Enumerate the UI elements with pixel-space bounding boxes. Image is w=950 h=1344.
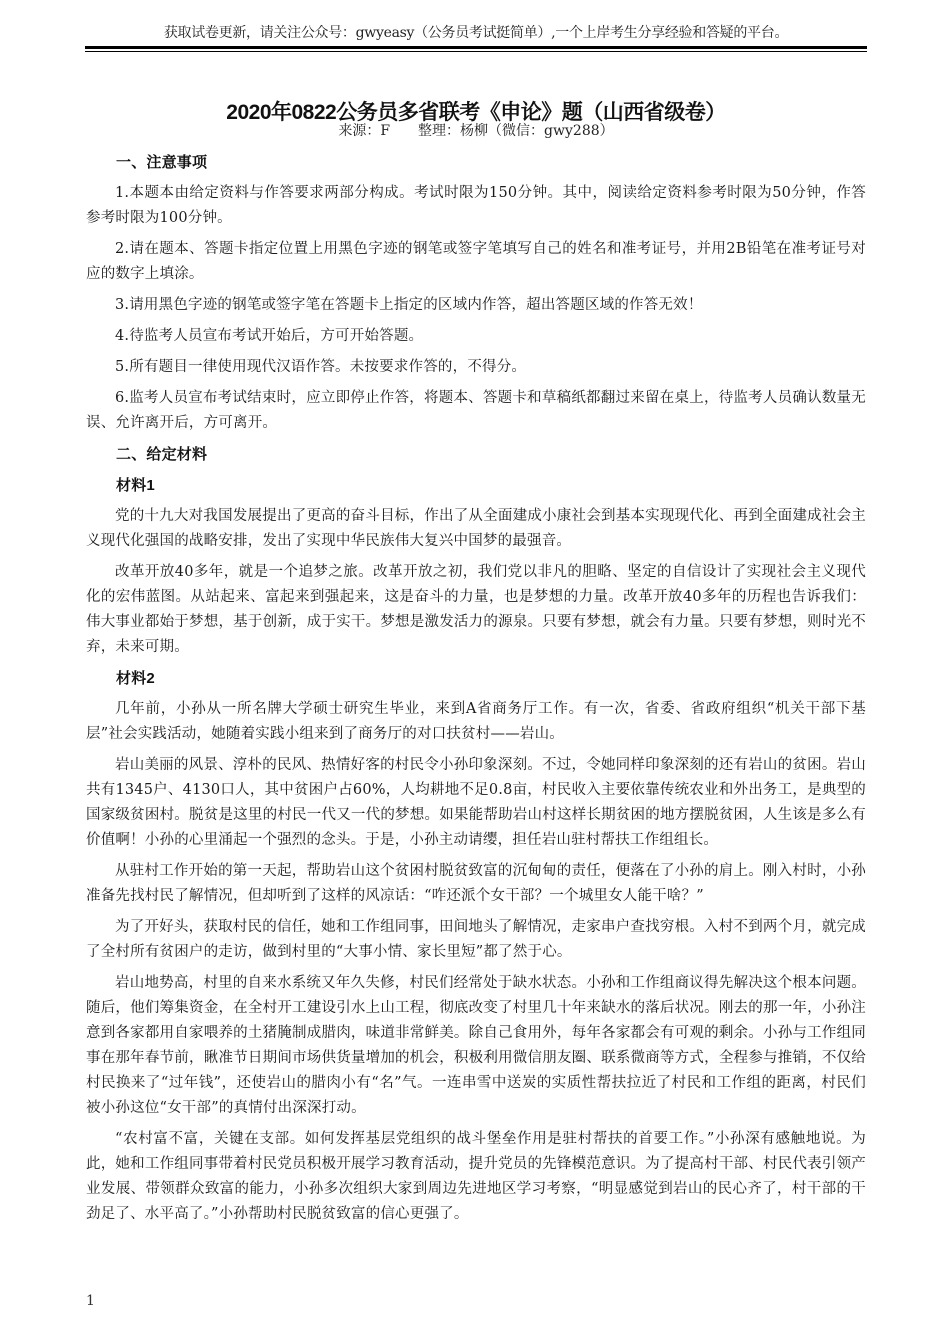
- note-item: 6.监考人员宣布考试结束时，应立即停止作答，将题本、答题卡和草稿纸都翻过来留在桌…: [86, 386, 866, 436]
- material-paragraph: “农村富不富，关键在支部。如何发挥基层党组织的战斗堡垒作用是驻村帮扶的首要工作。…: [86, 1127, 866, 1227]
- section-heading-materials: 二、给定材料: [86, 442, 866, 467]
- material-paragraph: 岩山美丽的风景、淳朴的民风、热情好客的村民令小孙印象深刻。不过，令她同样印象深刻…: [86, 753, 866, 853]
- material-paragraph: 党的十九大对我国发展提出了更高的奋斗目标，作出了从全面建成小康社会到基本实现现代…: [86, 504, 866, 554]
- header-double-rule: [85, 46, 867, 52]
- note-item: 5.所有题目一律使用现代汉语作答。未按要求作答的，不得分。: [86, 355, 866, 380]
- note-item: 3.请用黑色字迹的钢笔或签字笔在答题卡上指定的区域内作答，超出答题区域的作答无效…: [86, 293, 866, 318]
- document-body: 一、注意事项 1.本题本由给定资料与作答要求两部分构成。考试时限为150分钟。其…: [86, 150, 866, 1233]
- document-subtitle: 来源：F 整理：杨柳（微信：gwy288）: [85, 121, 867, 141]
- material-paragraph: 为了开好头，获取村民的信任，她和工作组同事，田间地头了解情况，走家串户查找穷根。…: [86, 915, 866, 965]
- page-number: 1: [86, 1292, 95, 1310]
- note-item: 2.请在题本、答题卡指定位置上用黑色字迹的钢笔或签字笔填写自己的姓名和准考证号，…: [86, 237, 866, 287]
- note-item: 4.待监考人员宣布考试开始后，方可开始答题。: [86, 324, 866, 349]
- material-paragraph: 改革开放40多年，就是一个追梦之旅。改革开放之初，我们党以非凡的胆略、坚定的自信…: [86, 560, 866, 660]
- note-item: 1.本题本由给定资料与作答要求两部分构成。考试时限为150分钟。其中，阅读给定资…: [86, 181, 866, 231]
- section-heading-notes: 一、注意事项: [86, 150, 866, 175]
- material-paragraph: 岩山地势高，村里的自来水系统又年久失修，村民们经常处于缺水状态。小孙和工作组商议…: [86, 971, 866, 1121]
- material-1-heading: 材料1: [86, 473, 866, 498]
- material-paragraph: 几年前，小孙从一所名牌大学硕士研究生毕业，来到A省商务厅工作。有一次，省委、省政…: [86, 697, 866, 747]
- material-paragraph: 从驻村工作开始的第一天起，帮助岩山这个贫困村脱贫致富的沉甸甸的责任，便落在了小孙…: [86, 859, 866, 909]
- page-header-notice: 获取试卷更新，请关注公众号：gwyeasy（公务员考试挺简单）,一个上岸考生分享…: [85, 24, 867, 42]
- material-2-heading: 材料2: [86, 666, 866, 691]
